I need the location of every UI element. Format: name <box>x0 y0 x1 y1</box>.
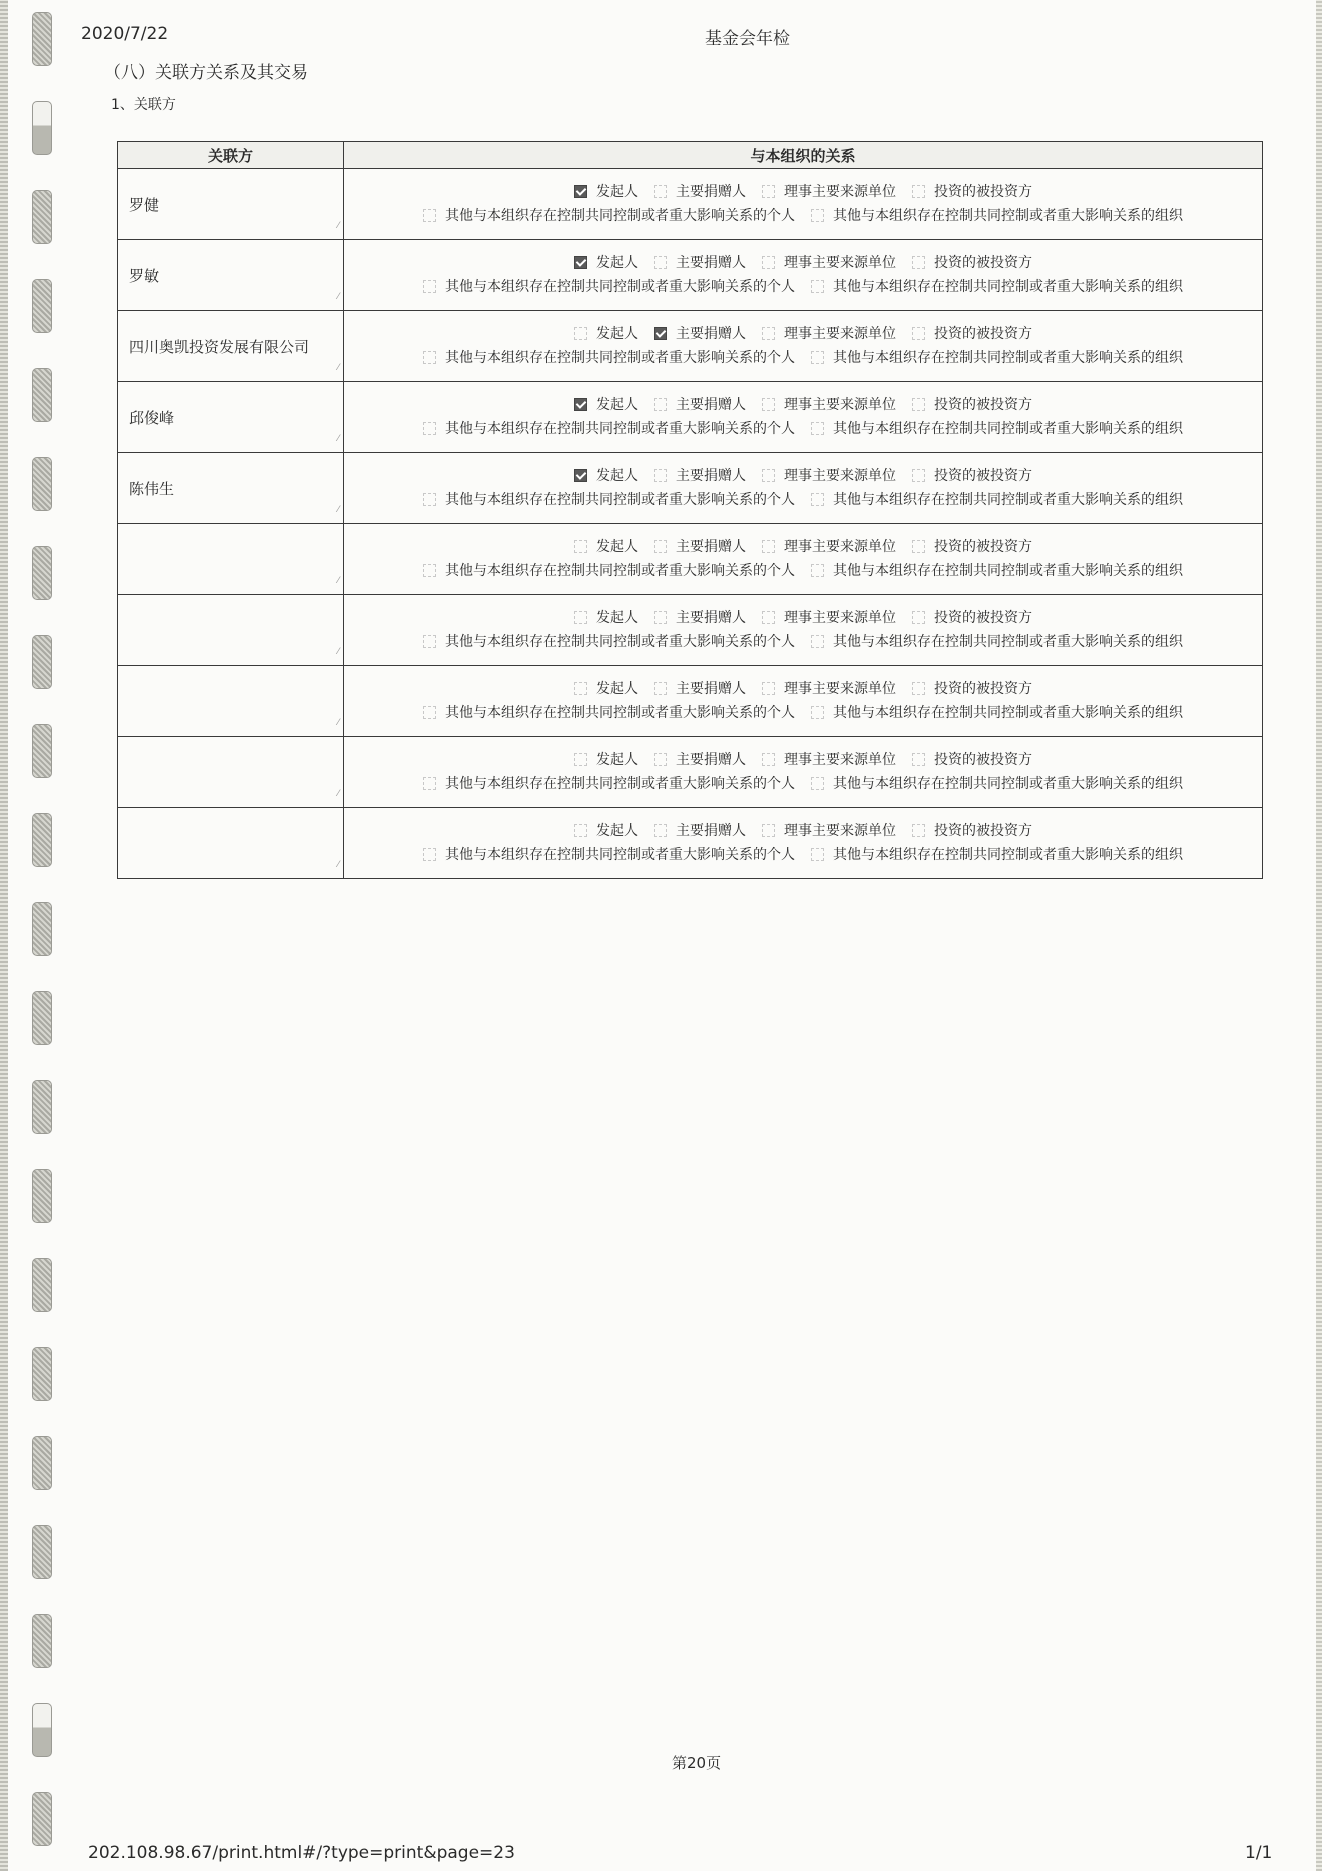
relationship-option[interactable]: 其他与本组织存在控制共同控制或者重大影响关系的个人 <box>423 417 795 441</box>
option-label: 投资的被投资方 <box>934 184 1032 200</box>
relationship-option[interactable]: 主要捐赠人 <box>654 180 746 204</box>
relationship-option[interactable]: 理事主要来源单位 <box>762 535 896 559</box>
table-row: ⁄发起人主要捐赠人理事主要来源单位投资的被投资方其他与本组织存在控制共同控制或者… <box>118 595 1263 666</box>
table-row: 陈伟生⁄发起人主要捐赠人理事主要来源单位投资的被投资方其他与本组织存在控制共同控… <box>118 453 1263 524</box>
resize-handle-icon[interactable]: ⁄ <box>337 860 339 870</box>
checkbox-checked-icon[interactable] <box>574 256 587 269</box>
option-label: 理事主要来源单位 <box>784 610 896 626</box>
option-label: 发起人 <box>596 752 638 768</box>
option-label: 其他与本组织存在控制共同控制或者重大影响关系的个人 <box>445 279 795 295</box>
option-label: 理事主要来源单位 <box>784 752 896 768</box>
relationship-option[interactable]: 其他与本组织存在控制共同控制或者重大影响关系的组织 <box>811 488 1183 512</box>
option-label: 主要捐赠人 <box>676 326 746 342</box>
table-row: ⁄发起人主要捐赠人理事主要来源单位投资的被投资方其他与本组织存在控制共同控制或者… <box>118 524 1263 595</box>
relationship-options: 发起人主要捐赠人理事主要来源单位投资的被投资方其他与本组织存在控制共同控制或者重… <box>344 595 1263 666</box>
relationship-option[interactable]: 发起人 <box>574 819 638 843</box>
relationship-options: 发起人主要捐赠人理事主要来源单位投资的被投资方其他与本组织存在控制共同控制或者重… <box>344 737 1263 808</box>
related-party-name-field[interactable]: ⁄ <box>118 595 344 666</box>
relationship-option[interactable]: 理事主要来源单位 <box>762 606 896 630</box>
feed-hole <box>32 1436 52 1490</box>
feed-hole <box>32 457 52 511</box>
relationship-option[interactable]: 其他与本组织存在控制共同控制或者重大影响关系的组织 <box>811 417 1183 441</box>
feed-hole <box>32 546 52 600</box>
option-label: 理事主要来源单位 <box>784 823 896 839</box>
checkbox-unchecked-icon[interactable] <box>811 564 824 577</box>
option-label: 投资的被投资方 <box>934 255 1032 271</box>
relationship-option[interactable]: 主要捐赠人 <box>654 748 746 772</box>
checkbox-unchecked-icon[interactable] <box>762 824 775 837</box>
paper-feed-strip-right <box>1316 0 1322 1871</box>
table-row: 罗敏⁄发起人主要捐赠人理事主要来源单位投资的被投资方其他与本组织存在控制共同控制… <box>118 240 1263 311</box>
option-label: 其他与本组织存在控制共同控制或者重大影响关系的个人 <box>445 563 795 579</box>
relationship-options: 发起人主要捐赠人理事主要来源单位投资的被投资方其他与本组织存在控制共同控制或者重… <box>344 524 1263 595</box>
option-label: 投资的被投资方 <box>934 539 1032 555</box>
checkbox-unchecked-icon[interactable] <box>811 706 824 719</box>
feed-hole <box>32 1080 52 1134</box>
relationship-option[interactable]: 发起人 <box>574 748 638 772</box>
checkbox-unchecked-icon[interactable] <box>811 777 824 790</box>
related-party-name-field[interactable]: 四川奥凯投资发展有限公司⁄ <box>118 311 344 382</box>
checkbox-checked-icon[interactable] <box>574 398 587 411</box>
relationship-option[interactable]: 其他与本组织存在控制共同控制或者重大影响关系的个人 <box>423 559 795 583</box>
relationship-option[interactable]: 发起人 <box>574 180 638 204</box>
option-label: 发起人 <box>596 397 638 413</box>
option-label: 其他与本组织存在控制共同控制或者重大影响关系的个人 <box>445 776 795 792</box>
feed-hole <box>32 991 52 1045</box>
relationship-option[interactable]: 投资的被投资方 <box>912 677 1032 701</box>
relationship-options: 发起人主要捐赠人理事主要来源单位投资的被投资方其他与本组织存在控制共同控制或者重… <box>344 808 1263 879</box>
relationship-option[interactable]: 投资的被投资方 <box>912 180 1032 204</box>
relationship-option[interactable]: 其他与本组织存在控制共同控制或者重大影响关系的组织 <box>811 843 1183 867</box>
relationship-option[interactable]: 发起人 <box>574 393 638 417</box>
feed-hole <box>32 1525 52 1579</box>
relationship-option[interactable]: 投资的被投资方 <box>912 322 1032 346</box>
table-row: ⁄发起人主要捐赠人理事主要来源单位投资的被投资方其他与本组织存在控制共同控制或者… <box>118 737 1263 808</box>
checkbox-unchecked-icon[interactable] <box>574 682 587 695</box>
resize-handle-icon[interactable]: ⁄ <box>337 647 339 657</box>
option-label: 发起人 <box>596 255 638 271</box>
option-label: 主要捐赠人 <box>676 468 746 484</box>
checkbox-unchecked-icon[interactable] <box>912 398 925 411</box>
option-label: 其他与本组织存在控制共同控制或者重大影响关系的个人 <box>445 492 795 508</box>
option-label: 投资的被投资方 <box>934 468 1032 484</box>
option-label: 主要捐赠人 <box>676 397 746 413</box>
option-label: 其他与本组织存在控制共同控制或者重大影响关系的组织 <box>833 634 1183 650</box>
option-label: 发起人 <box>596 539 638 555</box>
checkbox-unchecked-icon[interactable] <box>762 469 775 482</box>
checkbox-unchecked-icon[interactable] <box>912 469 925 482</box>
checkbox-unchecked-icon[interactable] <box>811 209 824 222</box>
checkbox-unchecked-icon[interactable] <box>811 280 824 293</box>
feed-hole <box>32 1258 52 1312</box>
resize-handle-icon[interactable]: ⁄ <box>337 292 339 302</box>
relationship-option[interactable]: 其他与本组织存在控制共同控制或者重大影响关系的组织 <box>811 630 1183 654</box>
option-label: 主要捐赠人 <box>676 255 746 271</box>
checkbox-unchecked-icon[interactable] <box>423 493 436 506</box>
relationship-option[interactable]: 投资的被投资方 <box>912 748 1032 772</box>
checkbox-unchecked-icon[interactable] <box>762 753 775 766</box>
column-header-relationship: 与本组织的关系 <box>344 142 1263 169</box>
checkbox-unchecked-icon[interactable] <box>912 682 925 695</box>
feed-hole <box>32 724 52 778</box>
checkbox-unchecked-icon[interactable] <box>811 493 824 506</box>
relationship-option[interactable]: 其他与本组织存在控制共同控制或者重大影响关系的个人 <box>423 772 795 796</box>
option-label: 理事主要来源单位 <box>784 681 896 697</box>
related-party-name: 罗健 <box>129 196 159 214</box>
relationship-option[interactable]: 其他与本组织存在控制共同控制或者重大影响关系的组织 <box>811 346 1183 370</box>
checkbox-unchecked-icon[interactable] <box>574 611 587 624</box>
option-label: 其他与本组织存在控制共同控制或者重大影响关系的个人 <box>445 421 795 437</box>
checkbox-unchecked-icon[interactable] <box>912 540 925 553</box>
related-party-name-field[interactable]: ⁄ <box>118 808 344 879</box>
option-label: 投资的被投资方 <box>934 752 1032 768</box>
related-party-name-field[interactable]: ⁄ <box>118 524 344 595</box>
relationship-option[interactable]: 发起人 <box>574 251 638 275</box>
checkbox-unchecked-icon[interactable] <box>762 185 775 198</box>
feed-hole <box>32 1169 52 1223</box>
resize-handle-icon[interactable]: ⁄ <box>337 718 339 728</box>
checkbox-unchecked-icon[interactable] <box>654 256 667 269</box>
relationship-option[interactable]: 主要捐赠人 <box>654 251 746 275</box>
checkbox-unchecked-icon[interactable] <box>654 753 667 766</box>
checkbox-checked-icon[interactable] <box>574 469 587 482</box>
option-label: 理事主要来源单位 <box>784 397 896 413</box>
checkbox-unchecked-icon[interactable] <box>762 682 775 695</box>
feed-hole <box>32 1614 52 1668</box>
relationship-option[interactable]: 投资的被投资方 <box>912 251 1032 275</box>
related-party-table: 关联方 与本组织的关系 罗健⁄发起人主要捐赠人理事主要来源单位投资的被投资方其他… <box>117 141 1263 879</box>
relationship-options: 发起人主要捐赠人理事主要来源单位投资的被投资方其他与本组织存在控制共同控制或者重… <box>344 169 1263 240</box>
relationship-option[interactable]: 投资的被投资方 <box>912 393 1032 417</box>
option-label: 理事主要来源单位 <box>784 255 896 271</box>
tractor-feed-holes <box>32 0 54 1871</box>
relationship-option[interactable]: 其他与本组织存在控制共同控制或者重大影响关系的组织 <box>811 275 1183 299</box>
related-party-name-field[interactable]: ⁄ <box>118 666 344 737</box>
section-title: （八）关联方关系及其交易 <box>104 58 308 83</box>
option-label: 其他与本组织存在控制共同控制或者重大影响关系的组织 <box>833 421 1183 437</box>
relationship-option[interactable]: 主要捐赠人 <box>654 535 746 559</box>
option-label: 主要捐赠人 <box>676 184 746 200</box>
page-number: 第20页 <box>672 1752 721 1773</box>
relationship-option[interactable]: 投资的被投资方 <box>912 606 1032 630</box>
checkbox-unchecked-icon[interactable] <box>654 469 667 482</box>
checkbox-unchecked-icon[interactable] <box>423 848 436 861</box>
option-label: 其他与本组织存在控制共同控制或者重大影响关系的个人 <box>445 634 795 650</box>
checkbox-unchecked-icon[interactable] <box>423 777 436 790</box>
relationship-option[interactable]: 理事主要来源单位 <box>762 464 896 488</box>
checkbox-unchecked-icon[interactable] <box>574 540 587 553</box>
checkbox-checked-icon[interactable] <box>654 327 667 340</box>
subsection-title: 1、关联方 <box>111 94 176 114</box>
relationship-option[interactable]: 其他与本组织存在控制共同控制或者重大影响关系的个人 <box>423 275 795 299</box>
checkbox-unchecked-icon[interactable] <box>912 753 925 766</box>
relationship-option[interactable]: 发起人 <box>574 606 638 630</box>
option-label: 理事主要来源单位 <box>784 326 896 342</box>
relationship-options: 发起人主要捐赠人理事主要来源单位投资的被投资方其他与本组织存在控制共同控制或者重… <box>344 453 1263 524</box>
option-label: 主要捐赠人 <box>676 610 746 626</box>
option-label: 主要捐赠人 <box>676 681 746 697</box>
print-page-count: 1/1 <box>1245 1843 1272 1863</box>
checkbox-unchecked-icon[interactable] <box>423 635 436 648</box>
option-label: 发起人 <box>596 823 638 839</box>
relationship-option[interactable]: 其他与本组织存在控制共同控制或者重大影响关系的个人 <box>423 346 795 370</box>
option-label: 其他与本组织存在控制共同控制或者重大影响关系的组织 <box>833 563 1183 579</box>
relationship-option[interactable]: 其他与本组织存在控制共同控制或者重大影响关系的组织 <box>811 204 1183 228</box>
table-row: 四川奥凯投资发展有限公司⁄发起人主要捐赠人理事主要来源单位投资的被投资方其他与本… <box>118 311 1263 382</box>
relationship-option[interactable]: 其他与本组织存在控制共同控制或者重大影响关系的个人 <box>423 204 795 228</box>
related-party-name: 罗敏 <box>129 267 159 285</box>
print-url: 202.108.98.67/print.html#/?type=print&pa… <box>88 1843 515 1863</box>
relationship-option[interactable]: 主要捐赠人 <box>654 677 746 701</box>
checkbox-unchecked-icon[interactable] <box>574 753 587 766</box>
document-title: 基金会年检 <box>705 24 790 49</box>
resize-handle-icon[interactable]: ⁄ <box>337 434 339 444</box>
relationship-option[interactable]: 理事主要来源单位 <box>762 322 896 346</box>
option-label: 其他与本组织存在控制共同控制或者重大影响关系的组织 <box>833 776 1183 792</box>
feed-hole <box>32 1703 52 1757</box>
related-party-name-field[interactable]: ⁄ <box>118 737 344 808</box>
relationship-option[interactable]: 其他与本组织存在控制共同控制或者重大影响关系的组织 <box>811 559 1183 583</box>
relationship-option[interactable]: 其他与本组织存在控制共同控制或者重大影响关系的个人 <box>423 488 795 512</box>
checkbox-unchecked-icon[interactable] <box>654 611 667 624</box>
checkbox-unchecked-icon[interactable] <box>762 327 775 340</box>
relationship-option[interactable]: 发起人 <box>574 322 638 346</box>
relationship-option[interactable]: 发起人 <box>574 464 638 488</box>
option-label: 其他与本组织存在控制共同控制或者重大影响关系的组织 <box>833 492 1183 508</box>
checkbox-unchecked-icon[interactable] <box>762 611 775 624</box>
relationship-option[interactable]: 其他与本组织存在控制共同控制或者重大影响关系的个人 <box>423 701 795 725</box>
table-header-row: 关联方 与本组织的关系 <box>118 142 1263 169</box>
related-party-name-field[interactable]: 罗敏⁄ <box>118 240 344 311</box>
relationship-options: 发起人主要捐赠人理事主要来源单位投资的被投资方其他与本组织存在控制共同控制或者重… <box>344 240 1263 311</box>
feed-hole <box>32 368 52 422</box>
relationship-option[interactable]: 理事主要来源单位 <box>762 393 896 417</box>
resize-handle-icon[interactable]: ⁄ <box>337 505 339 515</box>
relationship-option[interactable]: 其他与本组织存在控制共同控制或者重大影响关系的组织 <box>811 772 1183 796</box>
relationship-option[interactable]: 主要捐赠人 <box>654 464 746 488</box>
option-label: 主要捐赠人 <box>676 539 746 555</box>
option-label: 其他与本组织存在控制共同控制或者重大影响关系的个人 <box>445 705 795 721</box>
checkbox-checked-icon[interactable] <box>574 185 587 198</box>
checkbox-unchecked-icon[interactable] <box>423 422 436 435</box>
checkbox-unchecked-icon[interactable] <box>654 540 667 553</box>
checkbox-unchecked-icon[interactable] <box>912 327 925 340</box>
option-label: 其他与本组织存在控制共同控制或者重大影响关系的组织 <box>833 279 1183 295</box>
feed-hole <box>32 902 52 956</box>
checkbox-unchecked-icon[interactable] <box>912 824 925 837</box>
option-label: 发起人 <box>596 610 638 626</box>
option-label: 其他与本组织存在控制共同控制或者重大影响关系的组织 <box>833 208 1183 224</box>
option-label: 其他与本组织存在控制共同控制或者重大影响关系的组织 <box>833 847 1183 863</box>
relationship-option[interactable]: 理事主要来源单位 <box>762 748 896 772</box>
feed-hole <box>32 190 52 244</box>
related-party-name-field[interactable]: 邱俊峰⁄ <box>118 382 344 453</box>
related-party-name: 四川奥凯投资发展有限公司 <box>129 338 309 356</box>
relationship-option[interactable]: 理事主要来源单位 <box>762 677 896 701</box>
feed-hole <box>32 635 52 689</box>
option-label: 发起人 <box>596 184 638 200</box>
feed-hole <box>32 1347 52 1401</box>
relationship-options: 发起人主要捐赠人理事主要来源单位投资的被投资方其他与本组织存在控制共同控制或者重… <box>344 311 1263 382</box>
option-label: 投资的被投资方 <box>934 610 1032 626</box>
column-header-related-party: 关联方 <box>118 142 344 169</box>
option-label: 主要捐赠人 <box>676 752 746 768</box>
relationship-option[interactable]: 投资的被投资方 <box>912 819 1032 843</box>
option-label: 发起人 <box>596 326 638 342</box>
resize-handle-icon[interactable]: ⁄ <box>337 576 339 586</box>
checkbox-unchecked-icon[interactable] <box>423 351 436 364</box>
relationship-option[interactable]: 其他与本组织存在控制共同控制或者重大影响关系的组织 <box>811 701 1183 725</box>
checkbox-unchecked-icon[interactable] <box>654 824 667 837</box>
checkbox-unchecked-icon[interactable] <box>811 635 824 648</box>
table-row: ⁄发起人主要捐赠人理事主要来源单位投资的被投资方其他与本组织存在控制共同控制或者… <box>118 666 1263 737</box>
option-label: 投资的被投资方 <box>934 326 1032 342</box>
related-party-name: 陈伟生 <box>129 480 174 498</box>
feed-hole <box>32 813 52 867</box>
related-party-name-field[interactable]: 陈伟生⁄ <box>118 453 344 524</box>
checkbox-unchecked-icon[interactable] <box>762 398 775 411</box>
relationship-option[interactable]: 发起人 <box>574 535 638 559</box>
checkbox-unchecked-icon[interactable] <box>423 209 436 222</box>
checkbox-unchecked-icon[interactable] <box>912 185 925 198</box>
relationship-option[interactable]: 理事主要来源单位 <box>762 251 896 275</box>
checkbox-unchecked-icon[interactable] <box>423 280 436 293</box>
relationship-options: 发起人主要捐赠人理事主要来源单位投资的被投资方其他与本组织存在控制共同控制或者重… <box>344 382 1263 453</box>
feed-hole <box>32 1792 52 1846</box>
option-label: 发起人 <box>596 468 638 484</box>
relationship-option[interactable]: 主要捐赠人 <box>654 393 746 417</box>
checkbox-unchecked-icon[interactable] <box>654 682 667 695</box>
checkbox-unchecked-icon[interactable] <box>574 327 587 340</box>
checkbox-unchecked-icon[interactable] <box>811 351 824 364</box>
checkbox-unchecked-icon[interactable] <box>762 256 775 269</box>
option-label: 投资的被投资方 <box>934 823 1032 839</box>
feed-hole <box>32 279 52 333</box>
option-label: 发起人 <box>596 681 638 697</box>
table-row: ⁄发起人主要捐赠人理事主要来源单位投资的被投资方其他与本组织存在控制共同控制或者… <box>118 808 1263 879</box>
checkbox-unchecked-icon[interactable] <box>811 848 824 861</box>
table-row: 罗健⁄发起人主要捐赠人理事主要来源单位投资的被投资方其他与本组织存在控制共同控制… <box>118 169 1263 240</box>
relationship-option[interactable]: 投资的被投资方 <box>912 535 1032 559</box>
option-label: 其他与本组织存在控制共同控制或者重大影响关系的组织 <box>833 705 1183 721</box>
related-party-name-field[interactable]: 罗健⁄ <box>118 169 344 240</box>
table-row: 邱俊峰⁄发起人主要捐赠人理事主要来源单位投资的被投资方其他与本组织存在控制共同控… <box>118 382 1263 453</box>
option-label: 投资的被投资方 <box>934 681 1032 697</box>
resize-handle-icon[interactable]: ⁄ <box>337 221 339 231</box>
checkbox-unchecked-icon[interactable] <box>912 256 925 269</box>
relationship-option[interactable]: 其他与本组织存在控制共同控制或者重大影响关系的个人 <box>423 843 795 867</box>
relationship-option[interactable]: 主要捐赠人 <box>654 819 746 843</box>
relationship-option[interactable]: 投资的被投资方 <box>912 464 1032 488</box>
paper-feed-strip-left <box>0 0 8 1871</box>
checkbox-unchecked-icon[interactable] <box>912 611 925 624</box>
option-label: 理事主要来源单位 <box>784 539 896 555</box>
option-label: 其他与本组织存在控制共同控制或者重大影响关系的组织 <box>833 350 1183 366</box>
option-label: 理事主要来源单位 <box>784 184 896 200</box>
checkbox-unchecked-icon[interactable] <box>811 422 824 435</box>
relationship-option[interactable]: 其他与本组织存在控制共同控制或者重大影响关系的个人 <box>423 630 795 654</box>
option-label: 主要捐赠人 <box>676 823 746 839</box>
option-label: 理事主要来源单位 <box>784 468 896 484</box>
checkbox-unchecked-icon[interactable] <box>654 185 667 198</box>
feed-hole <box>32 12 52 66</box>
relationship-option[interactable]: 理事主要来源单位 <box>762 180 896 204</box>
checkbox-unchecked-icon[interactable] <box>574 824 587 837</box>
print-date: 2020/7/22 <box>81 24 168 44</box>
relationship-option[interactable]: 主要捐赠人 <box>654 606 746 630</box>
relationship-option[interactable]: 发起人 <box>574 677 638 701</box>
option-label: 其他与本组织存在控制共同控制或者重大影响关系的个人 <box>445 350 795 366</box>
checkbox-unchecked-icon[interactable] <box>423 564 436 577</box>
relationship-options: 发起人主要捐赠人理事主要来源单位投资的被投资方其他与本组织存在控制共同控制或者重… <box>344 666 1263 737</box>
checkbox-unchecked-icon[interactable] <box>762 540 775 553</box>
resize-handle-icon[interactable]: ⁄ <box>337 363 339 373</box>
resize-handle-icon[interactable]: ⁄ <box>337 789 339 799</box>
checkbox-unchecked-icon[interactable] <box>423 706 436 719</box>
checkbox-unchecked-icon[interactable] <box>654 398 667 411</box>
relationship-option[interactable]: 主要捐赠人 <box>654 322 746 346</box>
feed-hole <box>32 101 52 155</box>
option-label: 投资的被投资方 <box>934 397 1032 413</box>
option-label: 其他与本组织存在控制共同控制或者重大影响关系的个人 <box>445 208 795 224</box>
related-party-name: 邱俊峰 <box>129 409 174 427</box>
option-label: 其他与本组织存在控制共同控制或者重大影响关系的个人 <box>445 847 795 863</box>
relationship-option[interactable]: 理事主要来源单位 <box>762 819 896 843</box>
